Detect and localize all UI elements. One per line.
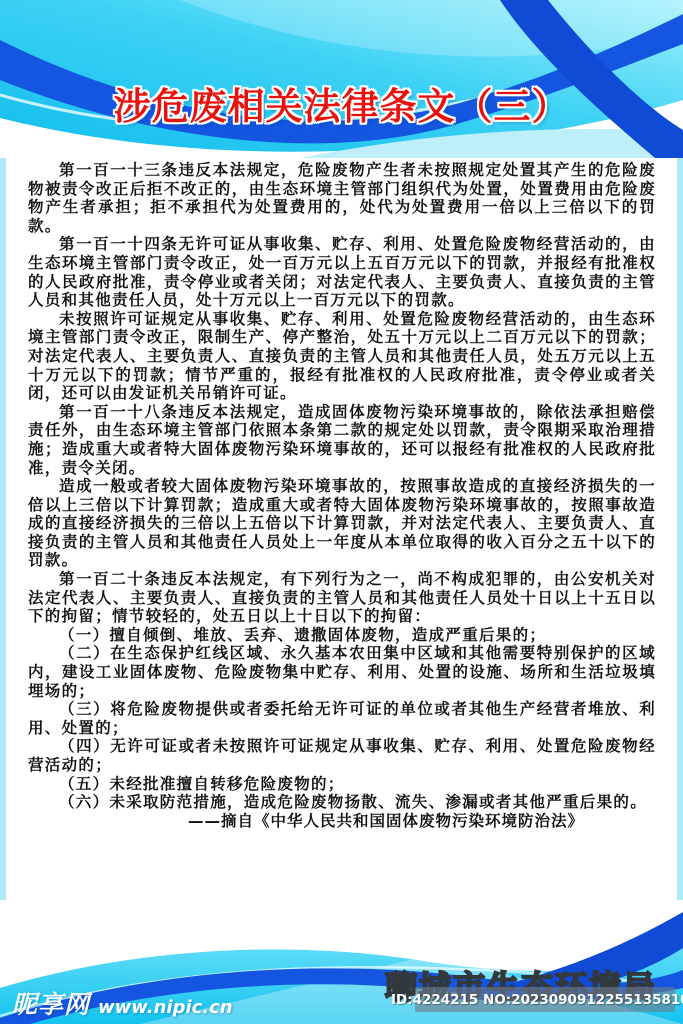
- legal-paragraph: （五）未经批准擅自转移危险废物的；: [28, 775, 656, 794]
- watermark-url: www.nipic.cn: [98, 997, 233, 1018]
- legal-paragraph: （六）未采取防范措施，造成危险废物扬散、流失、渗漏或者其他严重后果的。: [28, 793, 656, 812]
- legal-paragraph: （四）无许可证或者未按照许可证规定从事收集、贮存、利用、处置危险废物经营活动的；: [28, 737, 656, 774]
- legal-paragraph: 未按照许可证规定从事收集、贮存、利用、处置危险废物经营活动的，由生态环境主管部门…: [28, 310, 656, 403]
- document-body: 第一百一十三条违反本法规定，危险废物产生者未按照规定处置其产生的危险废物被责令改…: [28, 161, 656, 830]
- legal-paragraph: （一）擅自倾倒、堆放、丢弃、遗撒固体废物，造成严重后果的；: [28, 626, 656, 645]
- stock-id-badge: ID:4224215 NO:20230909122551358103: [415, 987, 675, 1012]
- legal-paragraph: （二）在生态保护红线区域、永久基本农田集中区域和其他需要特别保护的区域内，建设工…: [28, 644, 656, 700]
- nipic-logo: 昵享网: [12, 985, 90, 1021]
- page-title: 涉危废相关法律条文（三）: [0, 76, 683, 130]
- attribution-line: ——摘自《中华人民共和国固体废物污染环境防治法》: [28, 812, 656, 831]
- legal-paragraph: 造成一般或者较大固体废物污染环境事故的，按照事故造成的直接经济损失的一倍以上三倍…: [28, 477, 656, 570]
- legal-paragraph: 第一百二十条违反本法规定，有下列行为之一，尚不构成犯罪的，由公安机关对法定代表人…: [28, 570, 656, 626]
- legal-paragraph: （三）将危险废物提供或者委托给无许可证的单位或者其他生产经营者堆放、利用、处置的…: [28, 700, 656, 737]
- legal-paragraph: 第一百一十四条无许可证从事收集、贮存、利用、处置危险废物经营活动的，由生态环境主…: [28, 235, 656, 309]
- legal-paragraph: 第一百一十八条违反本法规定，造成固体废物污染环境事故的，除依法承担赔偿责任外，由…: [28, 403, 656, 477]
- legal-paragraph: 第一百一十三条违反本法规定，危险废物产生者未按照规定处置其产生的危险废物被责令改…: [28, 161, 656, 235]
- watermark: 昵享网 www.nipic.cn: [12, 985, 233, 1021]
- poster-page: 涉危废相关法律条文（三） 第一百一十三条违反本法规定，危险废物产生者未按照规定处…: [0, 0, 683, 1024]
